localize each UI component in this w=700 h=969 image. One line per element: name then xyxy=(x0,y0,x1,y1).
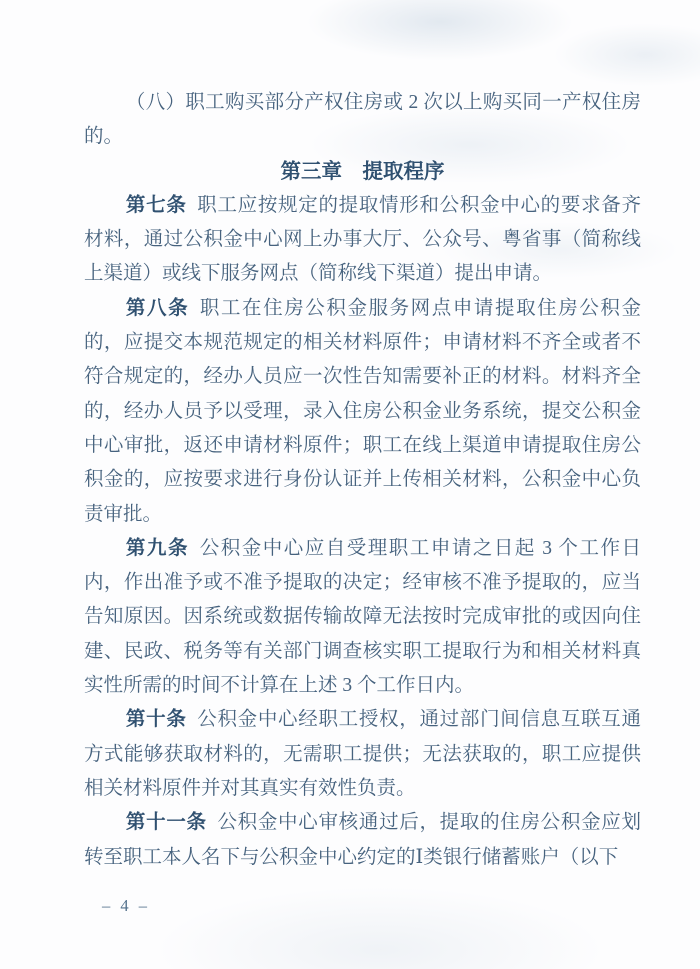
paragraph-text: （八）职工购买部分产权住房或 2 次以上购买同一产权住房的。 xyxy=(84,92,641,147)
clause-label: 第十一条 xyxy=(126,812,207,833)
paragraph-article-10: 第十条公积金中心经职工授权，通过部门间信息互联互通方式能够获取材料的，无需职工提… xyxy=(84,703,641,806)
clause-label: 第八条 xyxy=(126,298,189,319)
scanned-document-page: （八）职工购买部分产权住房或 2 次以上购买同一产权住房的。 第三章 提取程序 … xyxy=(0,0,700,969)
clause-label: 第九条 xyxy=(126,538,189,559)
paragraph-article-11: 第十一条公积金中心审核通过后，提取的住房公积金应划转至职工本人名下与公积金中心约… xyxy=(84,806,641,875)
page-number: – 4 – xyxy=(102,896,150,916)
clause-label: 第十条 xyxy=(126,709,187,730)
paragraph-article-8: 第八条职工在住房公积金服务网点申请提取住房公积金的，应提交本规范规定的相关材料原… xyxy=(84,292,641,532)
paragraph-text: 公积金中心应自受理职工申请之日起 3 个工作日内，作出准予或不准予提取的决定；经… xyxy=(84,538,641,696)
document-body: （八）职工购买部分产权住房或 2 次以上购买同一产权住房的。 第三章 提取程序 … xyxy=(84,86,641,875)
paragraph-clause-8-item: （八）职工购买部分产权住房或 2 次以上购买同一产权住房的。 xyxy=(84,86,641,155)
paragraph-article-9: 第九条公积金中心应自受理职工申请之日起 3 个工作日内，作出准予或不准予提取的决… xyxy=(84,532,641,703)
paragraph-article-7: 第七条职工应按规定的提取情形和公积金中心的要求备齐材料，通过公积金中心网上办事大… xyxy=(84,189,641,292)
paragraph-text: 职工在住房公积金服务网点申请提取住房公积金的，应提交本规范规定的相关材料原件；申… xyxy=(84,298,641,525)
chapter-heading: 第三章 提取程序 xyxy=(84,155,641,189)
clause-label: 第七条 xyxy=(126,195,187,216)
